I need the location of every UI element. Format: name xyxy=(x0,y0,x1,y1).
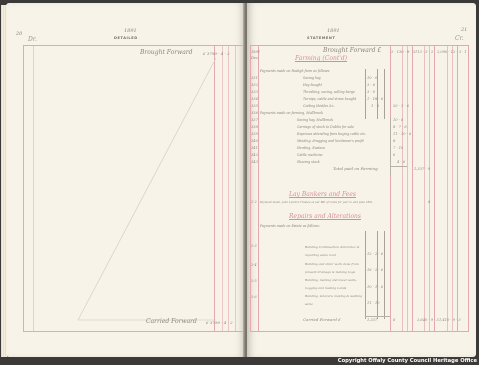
right-year: 1891 xyxy=(327,28,340,34)
bracket-line xyxy=(365,231,366,319)
entry-amount: 8 xyxy=(393,139,395,143)
bracket-line xyxy=(377,231,378,319)
page-edges xyxy=(1,5,7,357)
section-title-farming: Farming (Cont'd) xyxy=(295,55,347,62)
entry-amount: 6 xyxy=(428,200,430,204)
amount-col-rule xyxy=(429,45,430,332)
top-rule xyxy=(23,45,245,46)
entry-text: Herding, Eustace xyxy=(297,146,325,150)
entry-text: Saving hay, Mullbrook xyxy=(297,118,333,122)
amount-col-rule xyxy=(447,45,448,332)
amount-col-rule xyxy=(228,45,229,332)
entry-ref: 2·6 xyxy=(251,295,257,299)
entry-amount: 3 · 6 xyxy=(367,83,375,87)
bracket-line xyxy=(384,231,385,319)
entry-ref: 331 xyxy=(251,76,258,80)
left-page: 20 Dr. 1891 DETAILED Brought Forward £ 3… xyxy=(6,3,245,357)
entry-text: Minding, dragging and herdsman's profit xyxy=(297,139,364,143)
cf-amount-4: 1,410 · 9 · 3 xyxy=(439,318,461,322)
left-heading: DETAILED xyxy=(114,36,138,40)
entry-amount: 10 · 6 xyxy=(393,118,403,122)
entry-text: Payments made on Rosbgh farm as follows: xyxy=(260,69,330,73)
entry-amount: 12 · 2 · 6 xyxy=(367,252,383,256)
entry-amount: 6 xyxy=(393,153,395,157)
bracket-line xyxy=(384,69,385,119)
section-title-law-fees: Lay Bankers and Fees xyxy=(289,191,356,198)
entry-amount: 1 · 6 xyxy=(371,104,379,108)
cf-amount-3: 2,640 · 9 · 3 xyxy=(417,318,439,322)
entry-text: Threshing, saving, selling barge xyxy=(303,90,355,94)
date-year: 1891 xyxy=(251,50,260,54)
left-brought-forward-label: Brought Forward xyxy=(140,49,193,56)
entry-amount: 7 · 10 xyxy=(393,146,403,150)
farming-total-label: Total paid on Farming xyxy=(333,166,378,171)
entry-text: Building and other work done from presen… xyxy=(305,260,363,276)
farming-total-amount: 1,337 · 9 xyxy=(414,167,430,171)
entry-ref: 338 xyxy=(251,125,258,129)
entry-ref: 334 xyxy=(251,97,258,101)
entry-text: Saving hay xyxy=(303,76,321,80)
entry-ref: 2·3 xyxy=(251,244,257,248)
ref-col-rule xyxy=(258,45,259,332)
right-heading: STATEMENT xyxy=(307,36,335,40)
left-margin-rule xyxy=(23,45,24,332)
right-page: 1891 STATEMENT 21 Cr. 1891 Dec. Brought … xyxy=(247,3,476,357)
right-carried-forward-label: Carried Forward £ xyxy=(303,317,341,322)
amount-col-rule xyxy=(424,45,425,332)
entry-ref: 343 xyxy=(251,160,258,164)
amount-col-rule xyxy=(222,45,223,332)
left-margin-rule xyxy=(250,45,251,332)
entry-text: Payment made, John Lynch's Trustee as pe… xyxy=(260,200,373,204)
entry-ref: 332 xyxy=(251,83,258,87)
entry-amount: 8 · 7 · 6 xyxy=(393,125,407,129)
entry-amount: 4 · 6 xyxy=(397,160,405,164)
entry-text: Expenses attending fairs buying cattle e… xyxy=(297,132,366,136)
entry-amount: 3 · 0 xyxy=(367,90,375,94)
entry-text: Payments made on Estate as follows: xyxy=(260,224,320,228)
entry-ref: 342 xyxy=(251,153,258,157)
entry-text: Building, laborers, making & walking sam… xyxy=(305,292,363,308)
section-title-repairs: Repairs and Alterations xyxy=(289,213,361,220)
entry-text: Carriage of stock to Dublin for sale xyxy=(297,125,354,129)
void-triangle-lines xyxy=(76,58,221,323)
cf-amount-1: 1,337 xyxy=(367,318,377,322)
entry-amount: 1 · 18 · 6 xyxy=(367,97,383,101)
entry-amount: 11 · 10 xyxy=(367,301,380,305)
entry-ref: 336 xyxy=(251,111,258,115)
credit-label: Cr. xyxy=(455,35,464,42)
entry-ref: 335 xyxy=(251,104,258,108)
amount-col-rule xyxy=(434,45,435,332)
entry-subtotal: 20 · 1 · 6 xyxy=(393,104,409,108)
amount-col-rule xyxy=(402,45,403,332)
left-page-number: 20 xyxy=(16,31,22,37)
bottom-rule xyxy=(250,331,468,332)
copyright-watermark: Copyright Offaly County Council Heritage… xyxy=(338,358,477,364)
debit-label: Dr. xyxy=(28,36,37,43)
bf-amount-3: 2,090 · 12 · 3 · 1 xyxy=(437,50,467,54)
entry-ref: 337 xyxy=(251,118,258,122)
amount-col-rule xyxy=(407,45,408,332)
right-page-number: 21 xyxy=(461,27,467,33)
entry-amount: 11 · 10 · 6 xyxy=(393,132,411,136)
top-rule xyxy=(250,45,468,46)
entry-ref: 2·4 xyxy=(251,263,257,267)
entry-ref: 2·5 xyxy=(251,279,257,283)
entry-amount: 10 · 1 · 6 xyxy=(367,285,383,289)
bf-amount-1: 2 · 130 · 8 · 3 xyxy=(391,50,415,54)
entry-text: Turnips, cattle and straw bought xyxy=(303,97,356,101)
date-month: Dec. xyxy=(251,56,259,60)
sum-line xyxy=(365,316,390,317)
entry-text: Shoeing stock xyxy=(297,160,320,164)
bf-amount-2: 113 · 5 · 2 xyxy=(415,50,433,54)
entry-text: Hay bought xyxy=(303,83,322,87)
open-ledger-book: 20 Dr. 1891 DETAILED Brought Forward £ 3… xyxy=(6,3,476,357)
bracket-line xyxy=(365,69,366,119)
entry-amount: 10 · 0 xyxy=(367,76,377,80)
bottom-rule xyxy=(23,331,245,332)
amount-col-rule xyxy=(390,45,391,332)
entry-text: Building Continuation, Kilcormac & repai… xyxy=(305,243,363,259)
entry-ref: 333 xyxy=(251,90,258,94)
amount-col-rule xyxy=(452,45,453,332)
amount-col-rule xyxy=(457,45,458,332)
amount-col-rule xyxy=(235,45,236,332)
entry-amount: 16 · 2 · 6 xyxy=(367,268,383,272)
sum-line xyxy=(390,166,407,167)
left-inner-rule xyxy=(33,45,34,332)
entry-ref: 341 xyxy=(251,146,258,150)
entry-text: Cattle medicine xyxy=(297,153,323,157)
right-margin-rule xyxy=(468,45,469,332)
entry-ref: 340 xyxy=(251,139,258,143)
entry-text: Cutting thistles &c. xyxy=(303,104,335,108)
right-brought-forward-label: Brought Forward £ xyxy=(323,47,381,54)
left-year: 1891 xyxy=(124,28,137,34)
entry-ref: 2·2 xyxy=(251,200,257,204)
left-brought-forward-amount: £ 3790 · 4 · 2 xyxy=(203,51,230,56)
left-carried-forward-amount: £ 3790 · 4 · 2 xyxy=(206,320,233,325)
left-carried-forward-label: Carried Forward xyxy=(146,318,197,325)
amount-col-rule xyxy=(412,45,413,332)
entry-text: Building, making and lower walls, boggin… xyxy=(305,276,363,292)
entry-text: Payments made on farming, Mullbrook xyxy=(260,111,323,115)
entry-ref: 339 xyxy=(251,132,258,136)
cf-amount-2: 6 xyxy=(393,318,395,322)
